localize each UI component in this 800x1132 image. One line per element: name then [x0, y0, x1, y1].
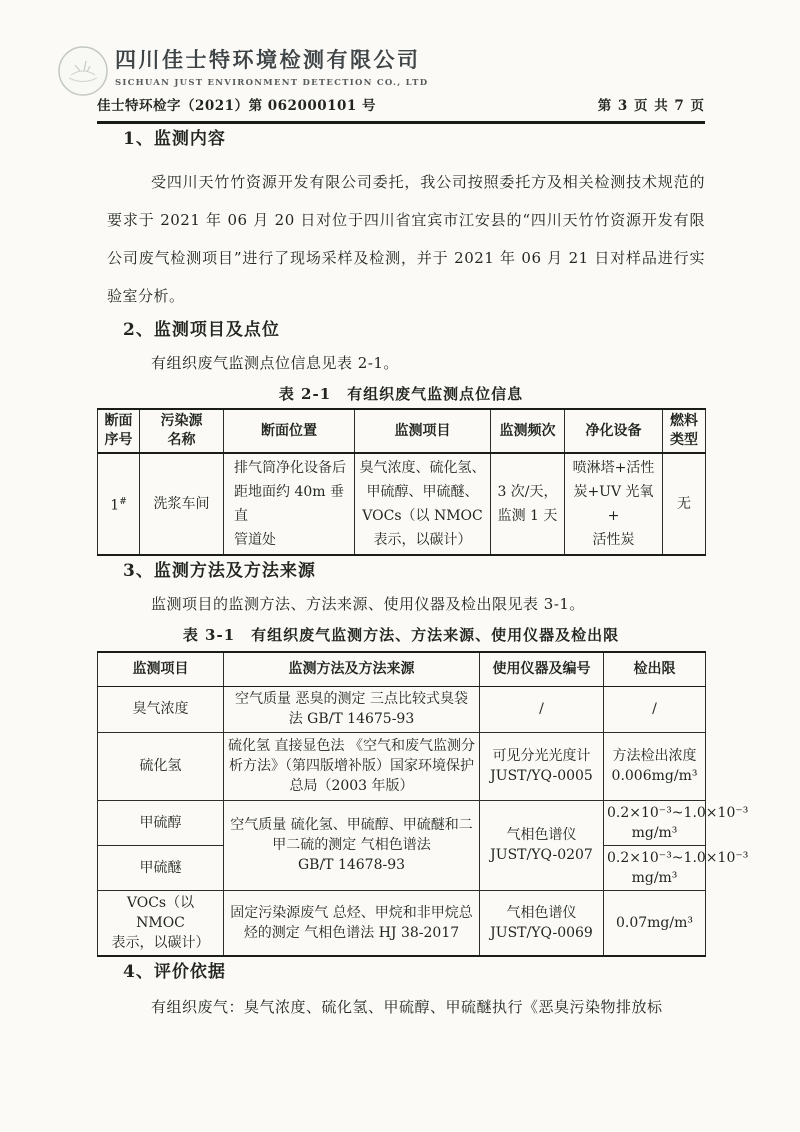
- cell-limit: 0.2×10⁻³~1.0×10⁻³ mg/m³: [604, 800, 706, 845]
- cell-method: 空气质量 恶臭的测定 三点比较式臭袋 法 GB/T 14675-93: [224, 686, 480, 732]
- col-purification-equipment: 净化设备: [565, 409, 663, 453]
- table-2-1-header-row: 断面 序号 污染源 名称 断面位置 监测项目 监测频次 净化设备 燃料 类型: [98, 409, 706, 453]
- cell-method-merged: 空气质量 硫化氢、甲硫醇、甲硫醚和二 甲二硫的测定 气相色谱法 GB/T 146…: [224, 800, 480, 890]
- cell-instrument: 气相色谱仪 JUST/YQ-0069: [480, 890, 604, 956]
- col-frequency: 监测频次: [491, 409, 565, 453]
- section-2-heading: 2、监测项目及点位: [123, 315, 705, 340]
- report-page: 四川佳士特环境检测有限公司 SICHUAN JUST ENVIRONMENT D…: [0, 0, 800, 1132]
- cell-purification-equipment: 喷淋塔+活性 炭+UV 光氧+ 活性炭: [565, 453, 663, 555]
- cell-instrument: /: [480, 686, 604, 732]
- col-instrument: 使用仪器及编号: [480, 652, 604, 686]
- table-2-1: 断面 序号 污染源 名称 断面位置 监测项目 监测频次 净化设备 燃料 类型 1…: [97, 408, 706, 556]
- cell-item: 甲硫醇: [98, 800, 224, 845]
- cell-section-id: 1#: [98, 453, 140, 555]
- cell-method: 固定污染源废气 总烃、甲烷和非甲烷总 烃的测定 气相色谱法 HJ 38-2017: [224, 890, 480, 956]
- cell-pollution-source: 洗浆车间: [140, 453, 224, 555]
- document-header-rule: 佳士特环检字（2021）第 062000101 号 第 3 页 共 7 页: [97, 94, 705, 124]
- section-1-heading: 1、监测内容: [123, 124, 705, 149]
- section-4-heading: 4、评价依据: [123, 957, 705, 982]
- doc-number: 佳士特环检字（2021）第 062000101 号: [97, 94, 376, 114]
- table-row-h2s: 硫化氢 硫化氢 直接显色法 《空气和废气监测分 析方法》（第四版增补版）国家环境…: [98, 732, 706, 800]
- section-id-value: 1: [110, 498, 119, 514]
- table-row: 1# 洗浆车间 排气筒净化设备后 距地面约 40m 垂直 管道处 臭气浓度、硫化…: [98, 453, 706, 555]
- cell-fuel-type: 无: [663, 453, 706, 555]
- col-detection-limit: 检出限: [604, 652, 706, 686]
- brand-text: 四川佳士特环境检测有限公司 SICHUAN JUST ENVIRONMENT D…: [115, 44, 428, 88]
- col-pollution-source: 污染源 名称: [140, 409, 224, 453]
- company-name-en: SICHUAN JUST ENVIRONMENT DETECTION CO., …: [115, 78, 428, 88]
- page-indicator: 第 3 页 共 7 页: [598, 94, 705, 114]
- section-3-intro: 监测项目的监测方法、方法来源、使用仪器及检出限见表 3-1。: [107, 593, 705, 615]
- section-1-paragraph: 受四川天竹竹资源开发有限公司委托，我公司按照委托方及相关检测技术规范的要求于 2…: [107, 163, 705, 315]
- cell-item: VOCs（以 NMOC 表示，以碳计）: [98, 890, 224, 956]
- cell-limit: 0.2×10⁻³~1.0×10⁻³ mg/m³: [604, 845, 706, 890]
- cell-item: 硫化氢: [98, 732, 224, 800]
- table-row-methyl-mercaptan: 甲硫醇 空气质量 硫化氢、甲硫醇、甲硫醚和二 甲二硫的测定 气相色谱法 GB/T…: [98, 800, 706, 845]
- cell-method: 硫化氢 直接显色法 《空气和废气监测分 析方法》（第四版增补版）国家环境保护 总…: [224, 732, 480, 800]
- cell-frequency: 3 次/天， 监测 1 天: [491, 453, 565, 555]
- cell-instrument: 可见分光光度计 JUST/YQ-0005: [480, 732, 604, 800]
- table-3-1: 监测项目 监测方法及方法来源 使用仪器及编号 检出限 臭气浓度 空气质量 恶臭的…: [97, 651, 706, 957]
- table-row-vocs: VOCs（以 NMOC 表示，以碳计） 固定污染源废气 总烃、甲烷和非甲烷总 烃…: [98, 890, 706, 956]
- cell-item: 甲硫醚: [98, 845, 224, 890]
- table-3-1-header-row: 监测项目 监测方法及方法来源 使用仪器及编号 检出限: [98, 652, 706, 686]
- col-monitoring-items: 监测项目: [355, 409, 491, 453]
- table-2-1-caption: 表 2-1 有组织废气监测点位信息: [97, 383, 705, 404]
- col-monitoring-item: 监测项目: [98, 652, 224, 686]
- cell-item: 臭气浓度: [98, 686, 224, 732]
- company-name-cn: 四川佳士特环境检测有限公司: [115, 44, 428, 74]
- section-id-sup: #: [119, 497, 127, 507]
- section-3-heading: 3、监测方法及方法来源: [123, 556, 705, 581]
- col-section-id: 断面 序号: [98, 409, 140, 453]
- header-brand: 四川佳士特环境检测有限公司 SICHUAN JUST ENVIRONMENT D…: [97, 44, 705, 86]
- col-fuel-type: 燃料 类型: [663, 409, 706, 453]
- section-2-intro: 有组织废气监测点位信息见表 2-1。: [107, 352, 705, 374]
- section-4-paragraph: 有组织废气：臭气浓度、硫化氢、甲硫醇、甲硫醚执行《恶臭污染物排放标: [107, 996, 705, 1018]
- cell-section-position: 排气筒净化设备后 距地面约 40m 垂直 管道处: [224, 453, 355, 555]
- company-logo-icon: [57, 45, 109, 97]
- col-section-position: 断面位置: [224, 409, 355, 453]
- cell-limit: 0.07mg/m³: [604, 890, 706, 956]
- cell-instrument-merged: 气相色谱仪 JUST/YQ-0207: [480, 800, 604, 890]
- table-row-odor: 臭气浓度 空气质量 恶臭的测定 三点比较式臭袋 法 GB/T 14675-93 …: [98, 686, 706, 732]
- cell-limit: /: [604, 686, 706, 732]
- col-method-source: 监测方法及方法来源: [224, 652, 480, 686]
- cell-monitoring-items: 臭气浓度、硫化氢、 甲硫醇、甲硫醚、 VOCs（以 NMOC 表示，以碳计）: [355, 453, 491, 555]
- table-3-1-caption: 表 3-1 有组织废气监测方法、方法来源、使用仪器及检出限: [97, 624, 705, 645]
- cell-limit: 方法检出浓度 0.006mg/m³: [604, 732, 706, 800]
